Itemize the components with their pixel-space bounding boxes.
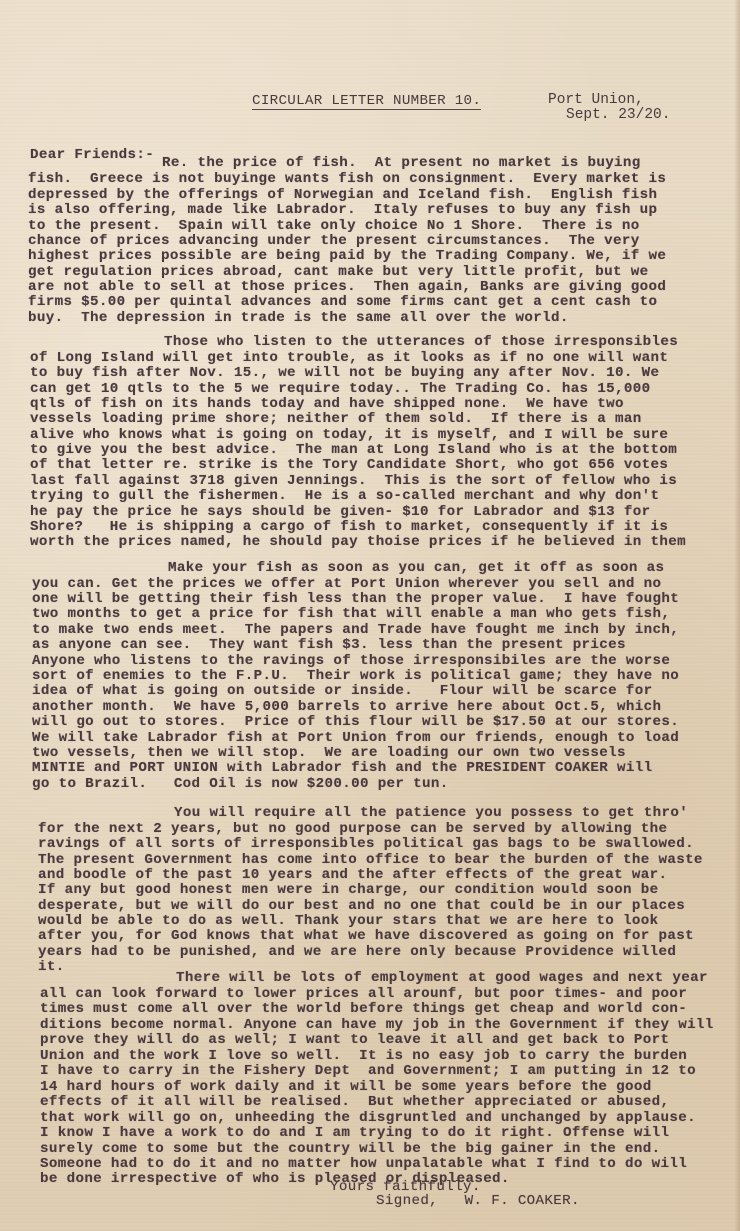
letter-page: CIRCULAR LETTER NUMBER 10. Port Union, S… (0, 0, 740, 1231)
text-line: of Long Island will get into trouble, as… (30, 351, 668, 366)
text-line: You will require all the patience you po… (174, 806, 688, 821)
text-line: last fall against 3718 given Jennings. T… (30, 474, 677, 489)
letter-title: CIRCULAR LETTER NUMBER 10. (252, 94, 481, 110)
text-line: We will take Labrador fish at Port Union… (32, 731, 679, 746)
text-line: There will be lots of employment at good… (176, 971, 708, 986)
text-line: two vessels, then we will stop. We are l… (32, 746, 626, 761)
text-line: worth the prices named, he should pay th… (30, 535, 686, 550)
text-line: If any but good honest men were in charg… (38, 883, 658, 898)
text-line: ravings of all sorts of irresponsibles p… (38, 837, 694, 852)
text-line: times must come all over the world befor… (40, 1002, 687, 1017)
text-line: MINTIE and PORT UNION with Labrador fish… (32, 761, 652, 776)
text-line: firms $5.00 per quintal advances and som… (28, 295, 657, 310)
text-line: chance of prices advancing under the pre… (28, 234, 640, 249)
text-line: of that letter re. strike is the Tory Ca… (30, 458, 668, 473)
text-line: one will be getting their fish less than… (32, 592, 679, 607)
text-line: trying to gull the fishermen. He is a so… (30, 489, 659, 504)
text-line: surely come to some but the country will… (40, 1142, 660, 1157)
text-line: is also offering, made like Labrador. It… (28, 203, 657, 218)
salutation: Dear Friends:- (30, 148, 154, 163)
text-line: vessels loading prime shore; neither of … (30, 412, 642, 427)
text-line: two months to get a price for fish that … (32, 607, 670, 622)
text-line: Make your fish as soon as you can, get i… (168, 561, 664, 576)
text-line: prove they will do as well; I want to le… (40, 1033, 669, 1048)
text-line: 14 hard hours of work daily and it will … (40, 1080, 652, 1095)
text-line: highest prices possible are being paid b… (28, 249, 666, 264)
text-line: to buy fish after Nov. 15., we will not … (30, 366, 659, 381)
text-line: get regulation prices abroad, cant make … (28, 265, 648, 280)
text-line: desperate, but we will do our best and n… (38, 899, 685, 914)
text-line: to make two ends meet. The papers and Tr… (32, 623, 679, 638)
text-line: that work will go on, unheeding the disg… (40, 1111, 696, 1126)
text-line: you can. Get the prices we offer at Port… (32, 577, 661, 592)
text-line: another month. We have 5,000 barrels to … (32, 700, 661, 715)
text-line: as anyone can see. They want fish $3. le… (32, 638, 626, 653)
text-line: to the present. Spain will take only cho… (28, 219, 640, 234)
text-line: will go out to stores. Price of this flo… (32, 715, 679, 730)
text-line: The present Government has come into off… (38, 853, 703, 868)
text-line: qtls of fish on its hands today and have… (30, 397, 624, 412)
text-line: idea of what is going on outside or insi… (32, 684, 652, 699)
letter-place: Port Union, (548, 92, 644, 108)
paper-edge (734, 0, 740, 1231)
text-line: I know I have a work to do and I am tryi… (40, 1126, 669, 1141)
text-line: Shore? He is shipping a cargo of fish to… (30, 520, 668, 535)
text-line: are not able to sell at those prices. Th… (28, 280, 666, 295)
text-line: I have to carry in the Fishery Dept and … (40, 1064, 696, 1079)
text-line: would be able to do as well. Thank your … (38, 914, 658, 929)
text-line: after you, for God knows that what we ha… (38, 929, 694, 944)
letter-date: Sept. 23/20. (566, 107, 670, 123)
text-line: years had to be punished, and we are her… (38, 945, 676, 960)
text-line: depressed by the offerings of Norwegian … (28, 188, 657, 203)
text-line: ditions become normal. Anyone can have m… (40, 1018, 714, 1033)
text-line: can get 10 qtls to the 5 we require toda… (30, 382, 650, 397)
text-line: buy. The depression in trade is the same… (28, 311, 569, 326)
text-line: sort of enemies to the F.P.U. Their work… (32, 669, 679, 684)
text-line: fish. Greece is not buyinge wants fish o… (28, 172, 666, 187)
text-line: he pay the price he says should be given… (30, 505, 650, 520)
text-line: to give you the best advice. The man at … (30, 443, 677, 458)
text-line: Those who listen to the utterances of th… (164, 335, 678, 350)
text-line: alive who knows what is going on today, … (30, 428, 668, 443)
text-line: it. (38, 960, 65, 975)
text-line: and boodle of the past 10 years and the … (38, 868, 667, 883)
text-line: effects of it all will be realised. But … (40, 1095, 669, 1110)
text-line: go to Brazil. Cod Oil is now $200.00 per… (32, 777, 449, 792)
text-line: for the next 2 years, but no good purpos… (38, 822, 667, 837)
text-line: all can look forward to lower prices all… (40, 987, 687, 1002)
text-line: Union and the work I love so well. It is… (40, 1049, 687, 1064)
signature: Signed, W. F. COAKER. (376, 1194, 580, 1209)
text-line: Someone had to do it and no matter how u… (40, 1157, 687, 1172)
text-line: Anyone who listens to the ravings of tho… (32, 654, 670, 669)
text-line: Re. the price of fish. At present no mar… (162, 156, 641, 171)
